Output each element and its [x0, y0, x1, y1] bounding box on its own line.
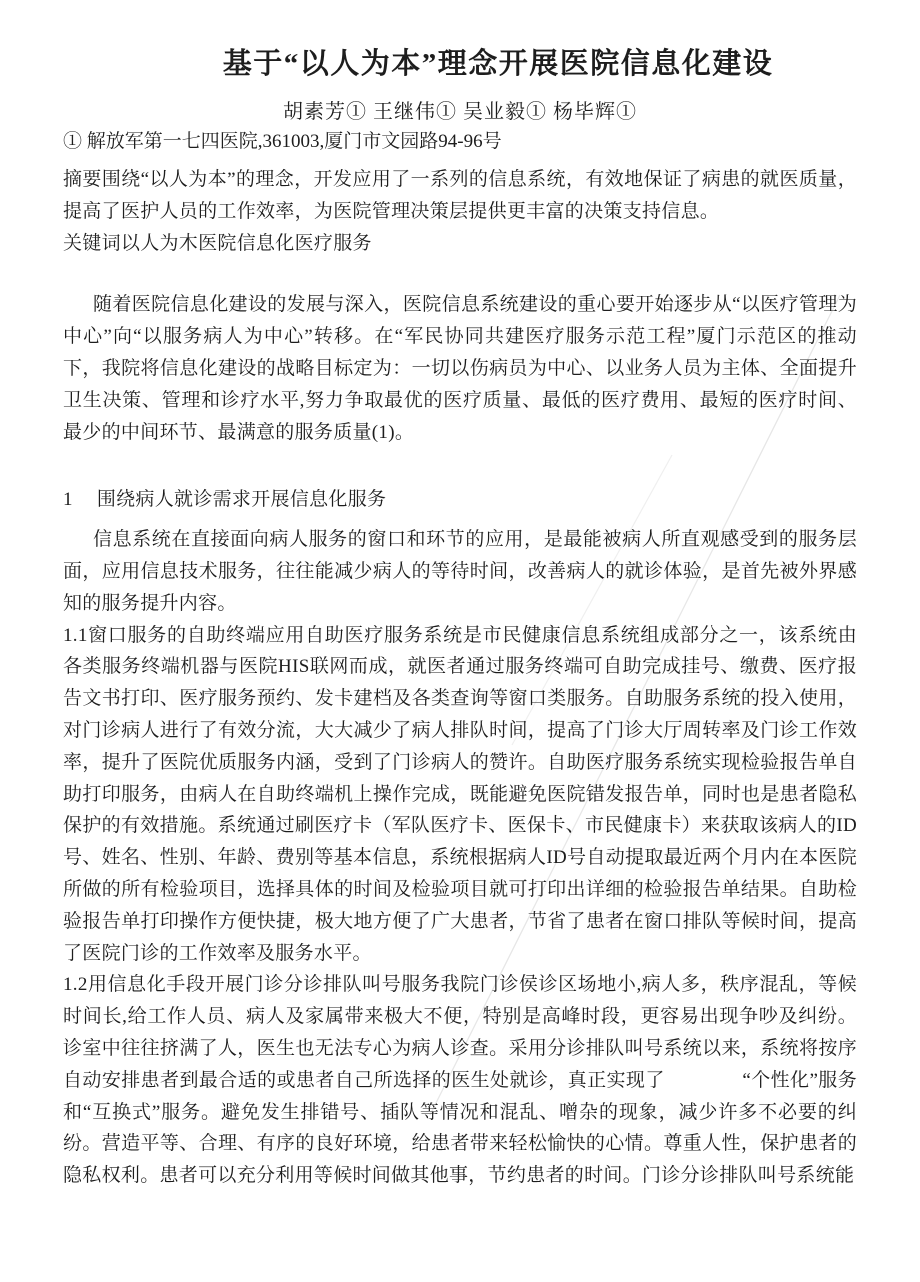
section-1-heading: 1围绕病人就诊需求开展信息化服务: [63, 484, 857, 516]
paper-authors: 胡素芳① 王继伟① 吴业毅① 杨毕辉①: [63, 100, 857, 124]
paper-keywords: 关键词以人为木医院信息化医疗服务: [63, 228, 857, 260]
paper-title: 基于“以人为本”理念开展医院信息化建设: [63, 44, 857, 84]
intro-paragraph: 随着医院信息化建设的发展与深入，医院信息系统建设的重心要开始逐步从“以医疗管理为…: [63, 289, 857, 448]
paragraph-1-2: 1.2用信息化手段开展门诊分诊排队叫号服务我院门诊侯诊区场地小,病人多，秩序混乱…: [63, 969, 857, 1192]
paper-affiliation: ① 解放军第一七四医院,361003,厦门市文园路94-96号: [63, 130, 857, 154]
paper-content: 基于“以人为本”理念开展医院信息化建设 胡素芳① 王继伟① 吴业毅① 杨毕辉① …: [63, 44, 857, 1192]
section-1-lead-paragraph: 信息系统在直接面向病人服务的窗口和环节的应用，是最能被病人所直观感受到的服务层面…: [63, 524, 857, 619]
section-1-number: 1: [63, 489, 73, 510]
document-page: 基于“以人为本”理念开展医院信息化建设 胡素芳① 王继伟① 吴业毅① 杨毕辉① …: [0, 0, 920, 1282]
section-1-title: 围绕病人就诊需求开展信息化服务: [97, 489, 387, 510]
paragraph-1-1: 1.1窗口服务的自助终端应用自助医疗服务系统是市民健康信息系统组成部分之一，该系…: [63, 620, 857, 970]
paper-abstract: 摘要围绕“以人为本”的理念，开发应用了一系列的信息系统，有效地保证了病患的就医质…: [63, 164, 857, 228]
